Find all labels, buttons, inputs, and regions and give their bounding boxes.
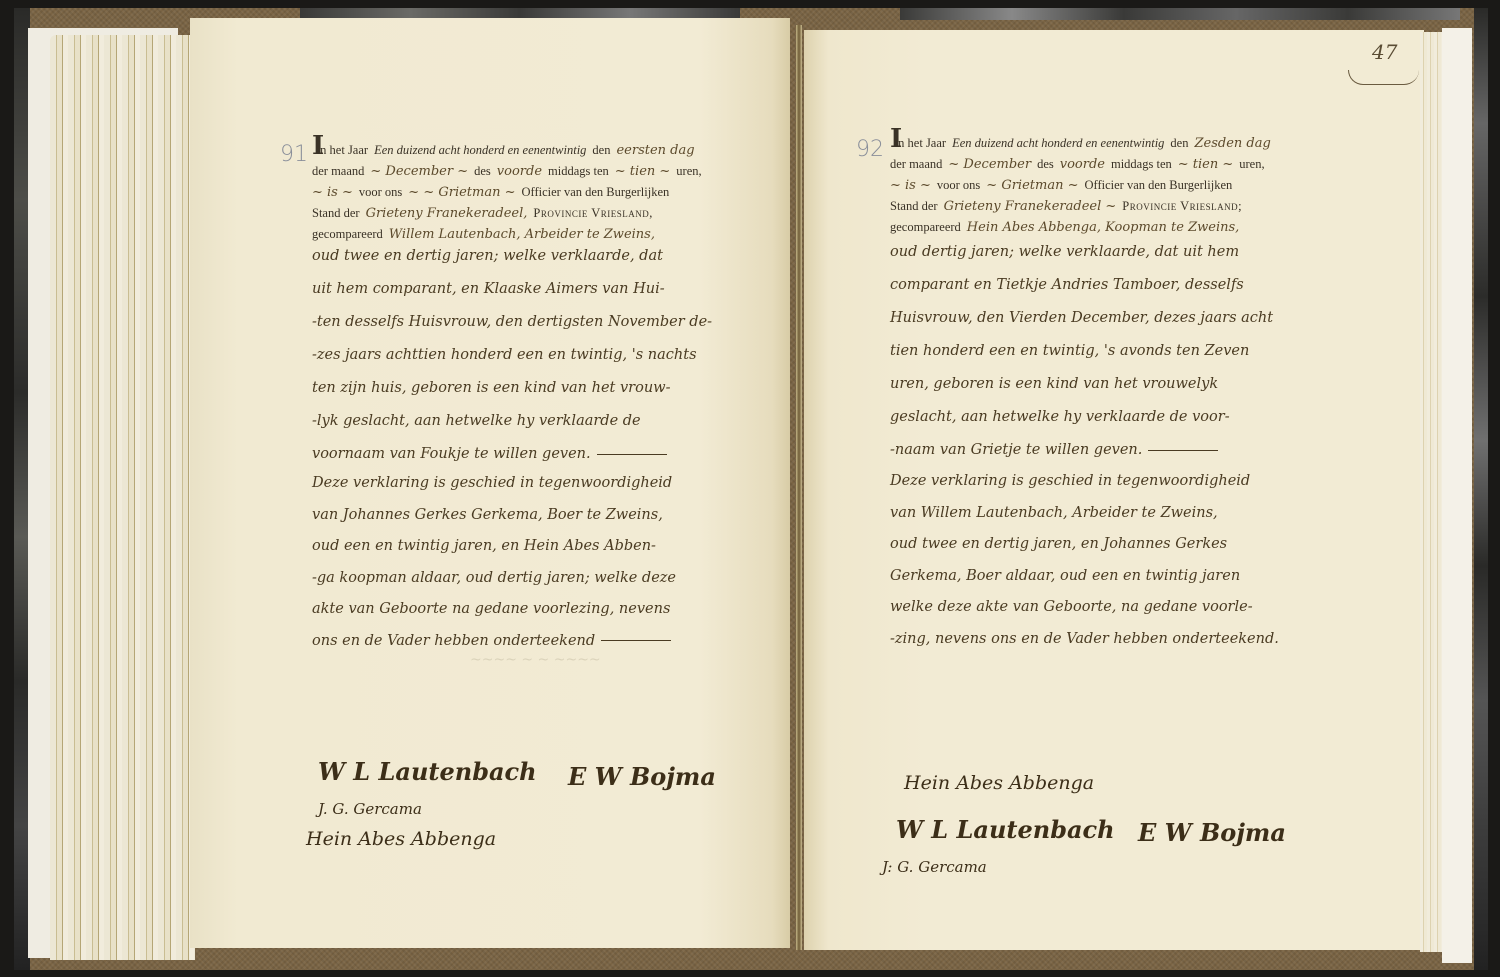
part-of-day-field: voorde: [1060, 154, 1105, 175]
witness-line: Deze verklaring is geschied in tegenwoor…: [312, 468, 762, 500]
closing-dash: [1148, 450, 1218, 451]
day-field: Zesden dag: [1194, 133, 1270, 154]
signature-lautenbach: W L Lautenbach: [318, 757, 537, 786]
signature-registrar: E W Bojma: [568, 762, 716, 791]
form-text: Officier van den Burgerlijken: [1084, 175, 1232, 196]
form-line-1: In het Jaar Een duizend acht honderd en …: [312, 137, 744, 161]
signature-lautenbach: W L Lautenbach: [896, 815, 1115, 844]
form-text: voor ons: [937, 175, 980, 196]
witness-line: akte van Geboorte na gedane voorlezing, …: [312, 594, 762, 626]
year-text: Een duizend acht honderd en eenentwintig: [374, 140, 586, 161]
form-text: Stand der: [890, 196, 938, 217]
form-text: den: [1170, 133, 1188, 154]
form-line-3: ~ is ~ voor ons ~ Grietman ~ Officier va…: [890, 175, 1332, 196]
body-line: uit hem comparant, en Klaaske Aimers van…: [312, 273, 762, 306]
form-line-3: ~ is ~ voor ons ~ ~ Grietman ~ Officier …: [312, 182, 744, 203]
body-line: ten zijn huis, geboren is een kind van h…: [312, 372, 762, 405]
province-text: Provincie Vriesland,: [533, 203, 653, 224]
form-text: middags ten: [1111, 154, 1172, 175]
body-line: comparant en Tietkje Andries Tamboer, de…: [890, 269, 1340, 302]
page-edges-left: [50, 35, 195, 960]
form-text: n het Jaar: [898, 136, 946, 150]
form-line-2: der maand ~ December ~ des voorde middag…: [312, 161, 744, 182]
form-text: n het Jaar: [320, 143, 368, 157]
form-text: des: [1037, 154, 1054, 175]
birth-declaration-left: oud twee en dertig jaren; welke verklaar…: [312, 240, 762, 471]
is-field: ~ is ~: [890, 175, 931, 196]
signature-abbenga: Hein Abes Abbenga: [904, 772, 1094, 794]
body-line: uren, geboren is een kind van het vrouwe…: [890, 368, 1340, 401]
form-text: der maand: [890, 154, 942, 175]
printed-form-right: In het Jaar Een duizend acht honderd en …: [890, 130, 1332, 238]
year-text: Een duizend acht honderd en eenentwintig: [952, 133, 1164, 154]
form-text: middags ten: [548, 161, 609, 182]
hour-field: ~ tien ~: [1178, 154, 1234, 175]
closing-dash: [601, 640, 671, 641]
form-text: der maand: [312, 161, 364, 182]
form-text: uren,: [1239, 154, 1264, 175]
month-field: ~ December: [948, 154, 1031, 175]
witness-statement-left: Deze verklaring is geschied in tegenwoor…: [312, 468, 762, 657]
form-text: voor ons: [359, 182, 402, 203]
marbled-board-top-right: [900, 8, 1460, 20]
body-line-text: -naam van Grietje te willen geven.: [890, 442, 1142, 458]
body-line: -lyk geslacht, aan hetwelke hy verklaard…: [312, 405, 762, 438]
month-field: ~ December ~: [370, 161, 468, 182]
municipality-field: Grieteny Franekeradeel,: [366, 203, 528, 224]
page-edges-right: [1420, 32, 1442, 952]
form-text: den: [592, 140, 610, 161]
folio-number: 47: [1372, 40, 1397, 64]
signature-gercama: J: G. Gercama: [882, 858, 987, 876]
body-line: -ten desselfs Huisvrouw, den dertigsten …: [312, 306, 762, 339]
witness-line: oud twee en dertig jaren, en Johannes Ge…: [890, 529, 1340, 561]
is-field: ~ is ~: [312, 182, 353, 203]
witness-line: oud een en twintig jaren, en Hein Abes A…: [312, 531, 762, 563]
form-line-1: In het Jaar Een duizend acht honderd en …: [890, 130, 1332, 154]
entry-number-left: 91: [280, 142, 308, 167]
body-line-final: voornaam van Foukje te willen geven.: [312, 438, 762, 471]
printed-form-left: In het Jaar Een duizend acht honderd en …: [312, 137, 744, 245]
witness-line: Deze verklaring is geschied in tegenwoor…: [890, 466, 1340, 498]
signature-registrar: E W Bojma: [1138, 818, 1286, 847]
form-text: des: [474, 161, 491, 182]
province-text: Provincie Vriesland;: [1122, 196, 1242, 217]
witness-line-text: ons en de Vader hebben onderteekend: [312, 633, 595, 649]
body-line: geslacht, aan hetwelke hy verklaarde de …: [890, 401, 1340, 434]
witness-line: van Willem Lautenbach, Arbeider te Zwein…: [890, 498, 1340, 530]
form-line-2: der maand ~ December des voorde middags …: [890, 154, 1332, 175]
part-of-day-field: voorde: [497, 161, 542, 182]
witness-line: welke deze akte van Geboorte, na gedane …: [890, 592, 1340, 624]
body-line-final: -naam van Grietje te willen geven.: [890, 434, 1340, 467]
marbled-board-right: [1474, 8, 1488, 970]
bleed-through-text: ~~~~ ~ ~ ~~~~: [470, 652, 601, 668]
body-line: -zes jaars achttien honderd een en twint…: [312, 339, 762, 372]
witness-line: Gerkema, Boer aldaar, oud een en twintig…: [890, 561, 1340, 593]
form-text: Officier van den Burgerlijken: [522, 182, 670, 203]
witness-line: van Johannes Gerkes Gerkema, Boer te Zwe…: [312, 500, 762, 532]
declarant-field: Hein Abes Abbenga, Koopman te Zweins,: [967, 217, 1240, 238]
hour-field: ~ tien ~: [615, 161, 671, 182]
body-line-text: voornaam van Foukje te willen geven.: [312, 446, 591, 462]
form-line-4: Stand der Grieteny Franekeradeel, Provin…: [312, 203, 744, 224]
official-field: ~ Grietman ~: [986, 175, 1078, 196]
municipality-field: Grieteny Franekeradeel ~: [944, 196, 1117, 217]
body-line: oud twee en dertig jaren; welke verklaar…: [312, 240, 762, 273]
witness-line: -zing, nevens ons en de Vader hebben ond…: [890, 624, 1340, 656]
endpaper-right: [1442, 28, 1472, 963]
folio-flourish: [1348, 70, 1419, 85]
birth-declaration-right: oud dertig jaren; welke verklaarde, dat …: [890, 236, 1340, 467]
form-line-4: Stand der Grieteny Franekeradeel ~ Provi…: [890, 196, 1332, 217]
body-line: tien honderd een en twintig, 's avonds t…: [890, 335, 1340, 368]
form-line-5: gecompareerd Hein Abes Abbenga, Koopman …: [890, 217, 1332, 238]
form-text: Stand der: [312, 203, 360, 224]
body-line: oud dertig jaren; welke verklaarde, dat …: [890, 236, 1340, 269]
book-gutter: [796, 25, 802, 950]
day-field: eersten dag: [616, 140, 694, 161]
form-text: uren,: [676, 161, 701, 182]
signature-gercama: J. G. Gercama: [318, 800, 422, 818]
signature-abbenga: Hein Abes Abbenga: [306, 828, 496, 850]
entry-number-right: 92: [856, 137, 884, 162]
official-field: ~ ~ Grietman ~: [408, 182, 515, 203]
witness-line: -ga koopman aldaar, oud dertig jaren; we…: [312, 563, 762, 595]
witness-statement-right: Deze verklaring is geschied in tegenwoor…: [890, 466, 1340, 655]
body-line: Huisvrouw, den Vierden December, dezes j…: [890, 302, 1340, 335]
form-text: gecompareerd: [890, 217, 961, 238]
closing-dash: [597, 454, 667, 455]
